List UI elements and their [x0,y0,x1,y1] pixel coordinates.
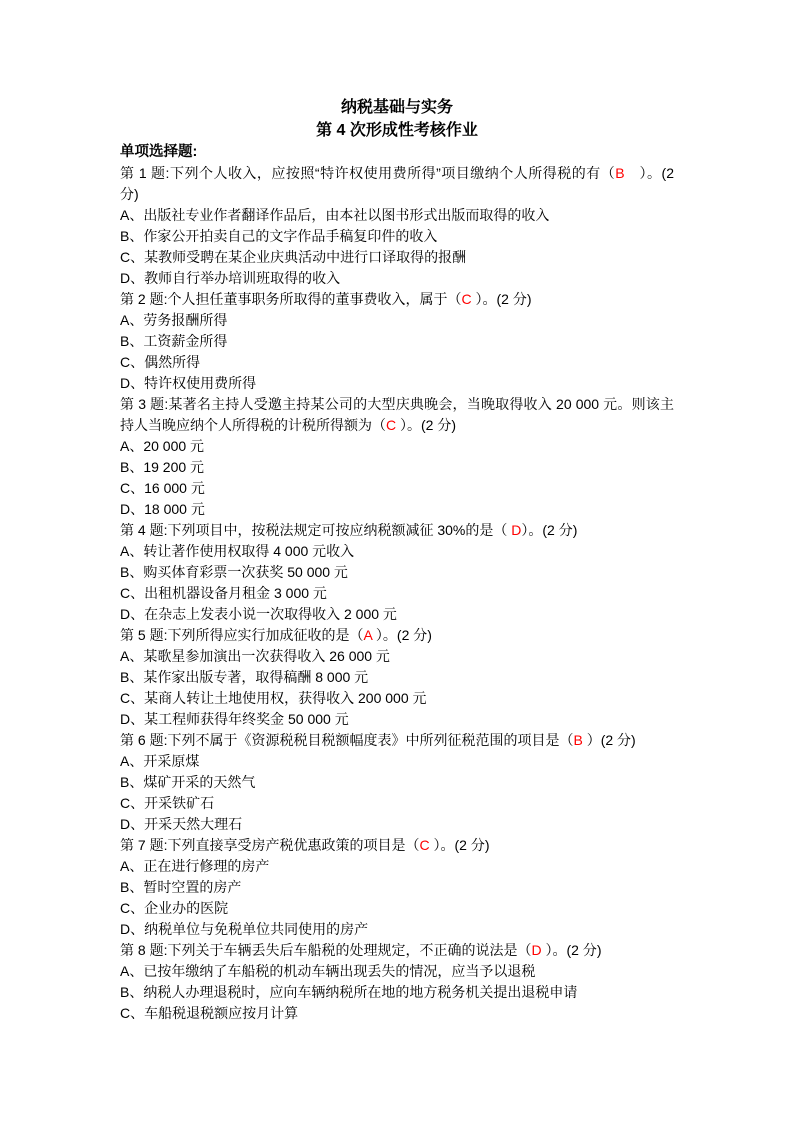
option-line: B、暂时空置的房产 [120,877,674,898]
option-line: D、特许权使用费所得 [120,373,674,394]
question-text: 第 1 题:下列个人收入，应按照“特许权使用费所得”项目缴纳个人所得税的有（ [120,165,615,181]
option-line: B、19 200 元 [120,457,674,478]
question-stem: 第 6 题:下列不属于《资源税税目税额幅度表》中所列征税范围的项目是（B ）(2… [120,730,674,751]
answer-letter: A [363,627,372,643]
option-line: C、某教师受聘在某企业庆典活动中进行口译取得的报酬 [120,247,674,268]
option-line: C、开采铁矿石 [120,793,674,814]
option-line: C、出租机器设备月租金 3 000 元 [120,583,674,604]
question-text: 第 5 题:下列所得应实行加成征收的是（ [120,627,363,643]
question-stem: 第 2 题:个人担任董事职务所取得的董事费收入，属于（C ）。(2 分) [120,289,674,310]
section-header: 单项选择题: [120,142,674,163]
question-stem: 第 8 题:下列关于车辆丢失后车船税的处理规定，不正确的说法是（D ）。(2 分… [120,940,674,961]
question-stem: 第 7 题:下列直接享受房产税优惠政策的项目是（C ）。(2 分) [120,835,674,856]
question-block: 第 5 题:下列所得应实行加成征收的是（A ）。(2 分)A、某歌星参加演出一次… [120,625,674,730]
document-subtitle: 第 4 次形成性考核作业 [120,119,674,142]
option-line: D、纳税单位与免税单位共同使用的房产 [120,919,674,940]
option-line: C、某商人转让土地使用权，获得收入 200 000 元 [120,688,674,709]
answer-letter: D [531,942,541,958]
question-score: ）。(2 分) [372,627,432,643]
answer-letter: B [573,732,582,748]
question-score: ）。(2 分) [430,837,490,853]
question-block: 第 8 题:下列关于车辆丢失后车船税的处理规定，不正确的说法是（D ）。(2 分… [120,940,674,1024]
question-stem: 第 4 题:下列项目中，按税法规定可按应纳税额减征 30%的是（ D）。(2 分… [120,520,674,541]
question-block: 第 6 题:下列不属于《资源税税目税额幅度表》中所列征税范围的项目是（B ）(2… [120,730,674,835]
question-stem: 第 3 题:某著名主持人受邀主持某公司的大型庆典晚会，当晚取得收入 20 000… [120,394,674,436]
option-line: D、在杂志上发表小说一次取得收入 2 000 元 [120,604,674,625]
answer-letter: B [615,165,624,181]
question-text: 第 6 题:下列不属于《资源税税目税额幅度表》中所列征税范围的项目是（ [120,732,573,748]
option-line: B、纳税人办理退税时，应向车辆纳税所在地的地方税务机关提出退税申请 [120,982,674,1003]
option-line: D、某工程师获得年终奖金 50 000 元 [120,709,674,730]
option-line: C、车船税退税额应按月计算 [120,1003,674,1024]
option-line: A、转让著作使用权取得 4 000 元收入 [120,541,674,562]
question-block: 第 7 题:下列直接享受房产税优惠政策的项目是（C ）。(2 分)A、正在进行修… [120,835,674,940]
question-block: 第 4 题:下列项目中，按税法规定可按应纳税额减征 30%的是（ D）。(2 分… [120,520,674,625]
question-text: 第 4 题:下列项目中，按税法规定可按应纳税额减征 30%的是（ [120,522,511,538]
option-line: C、16 000 元 [120,478,674,499]
option-line: B、作家公开拍卖自己的文字作品手稿复印件的收入 [120,226,674,247]
option-line: A、已按年缴纳了车船税的机动车辆出现丢失的情况，应当予以退税 [120,961,674,982]
question-block: 第 1 题:下列个人收入，应按照“特许权使用费所得”项目缴纳个人所得税的有（B … [120,163,674,289]
option-line: A、出版社专业作者翻译作品后，由本社以图书形式出版而取得的收入 [120,205,674,226]
option-line: C、偶然所得 [120,352,674,373]
question-block: 第 2 题:个人担任董事职务所取得的董事费收入，属于（C ）。(2 分)A、劳务… [120,289,674,394]
option-line: B、煤矿开采的天然气 [120,772,674,793]
option-line: B、工资薪金所得 [120,331,674,352]
question-block: 第 3 题:某著名主持人受邀主持某公司的大型庆典晚会，当晚取得收入 20 000… [120,394,674,520]
option-line: D、教师自行举办培训班取得的收入 [120,268,674,289]
option-line: A、正在进行修理的房产 [120,856,674,877]
option-line: B、购买体育彩票一次获奖 50 000 元 [120,562,674,583]
document-title: 纳税基础与实务 [120,96,674,119]
question-score: ）(2 分) [583,732,636,748]
document-page: 纳税基础与实务 第 4 次形成性考核作业 单项选择题: 第 1 题:下列个人收入… [0,0,794,1123]
answer-letter: C [386,417,396,433]
answer-letter: C [419,837,429,853]
question-score: ）。(2 分) [472,291,532,307]
questions-list: 第 1 题:下列个人收入，应按照“特许权使用费所得”项目缴纳个人所得税的有（B … [120,163,674,1024]
question-text: 第 7 题:下列直接享受房产税优惠政策的项目是（ [120,837,419,853]
answer-letter: C [461,291,471,307]
option-line: B、某作家出版专著，取得稿酬 8 000 元 [120,667,674,688]
option-line: D、18 000 元 [120,499,674,520]
question-text: 第 8 题:下列关于车辆丢失后车船税的处理规定，不正确的说法是（ [120,942,531,958]
option-line: A、劳务报酬所得 [120,310,674,331]
option-line: D、开采天然大理石 [120,814,674,835]
question-score: ）。(2 分) [542,942,602,958]
option-line: A、开采原煤 [120,751,674,772]
question-stem: 第 1 题:下列个人收入，应按照“特许权使用费所得”项目缴纳个人所得税的有（B … [120,163,674,205]
question-score: ）。(2 分) [521,522,577,538]
option-line: A、某歌星参加演出一次获得收入 26 000 元 [120,646,674,667]
question-text: 第 2 题:个人担任董事职务所取得的董事费收入，属于（ [120,291,461,307]
option-line: A、20 000 元 [120,436,674,457]
option-line: C、企业办的医院 [120,898,674,919]
question-score: ）。(2 分) [396,417,456,433]
question-stem: 第 5 题:下列所得应实行加成征收的是（A ）。(2 分) [120,625,674,646]
answer-letter: D [511,522,521,538]
